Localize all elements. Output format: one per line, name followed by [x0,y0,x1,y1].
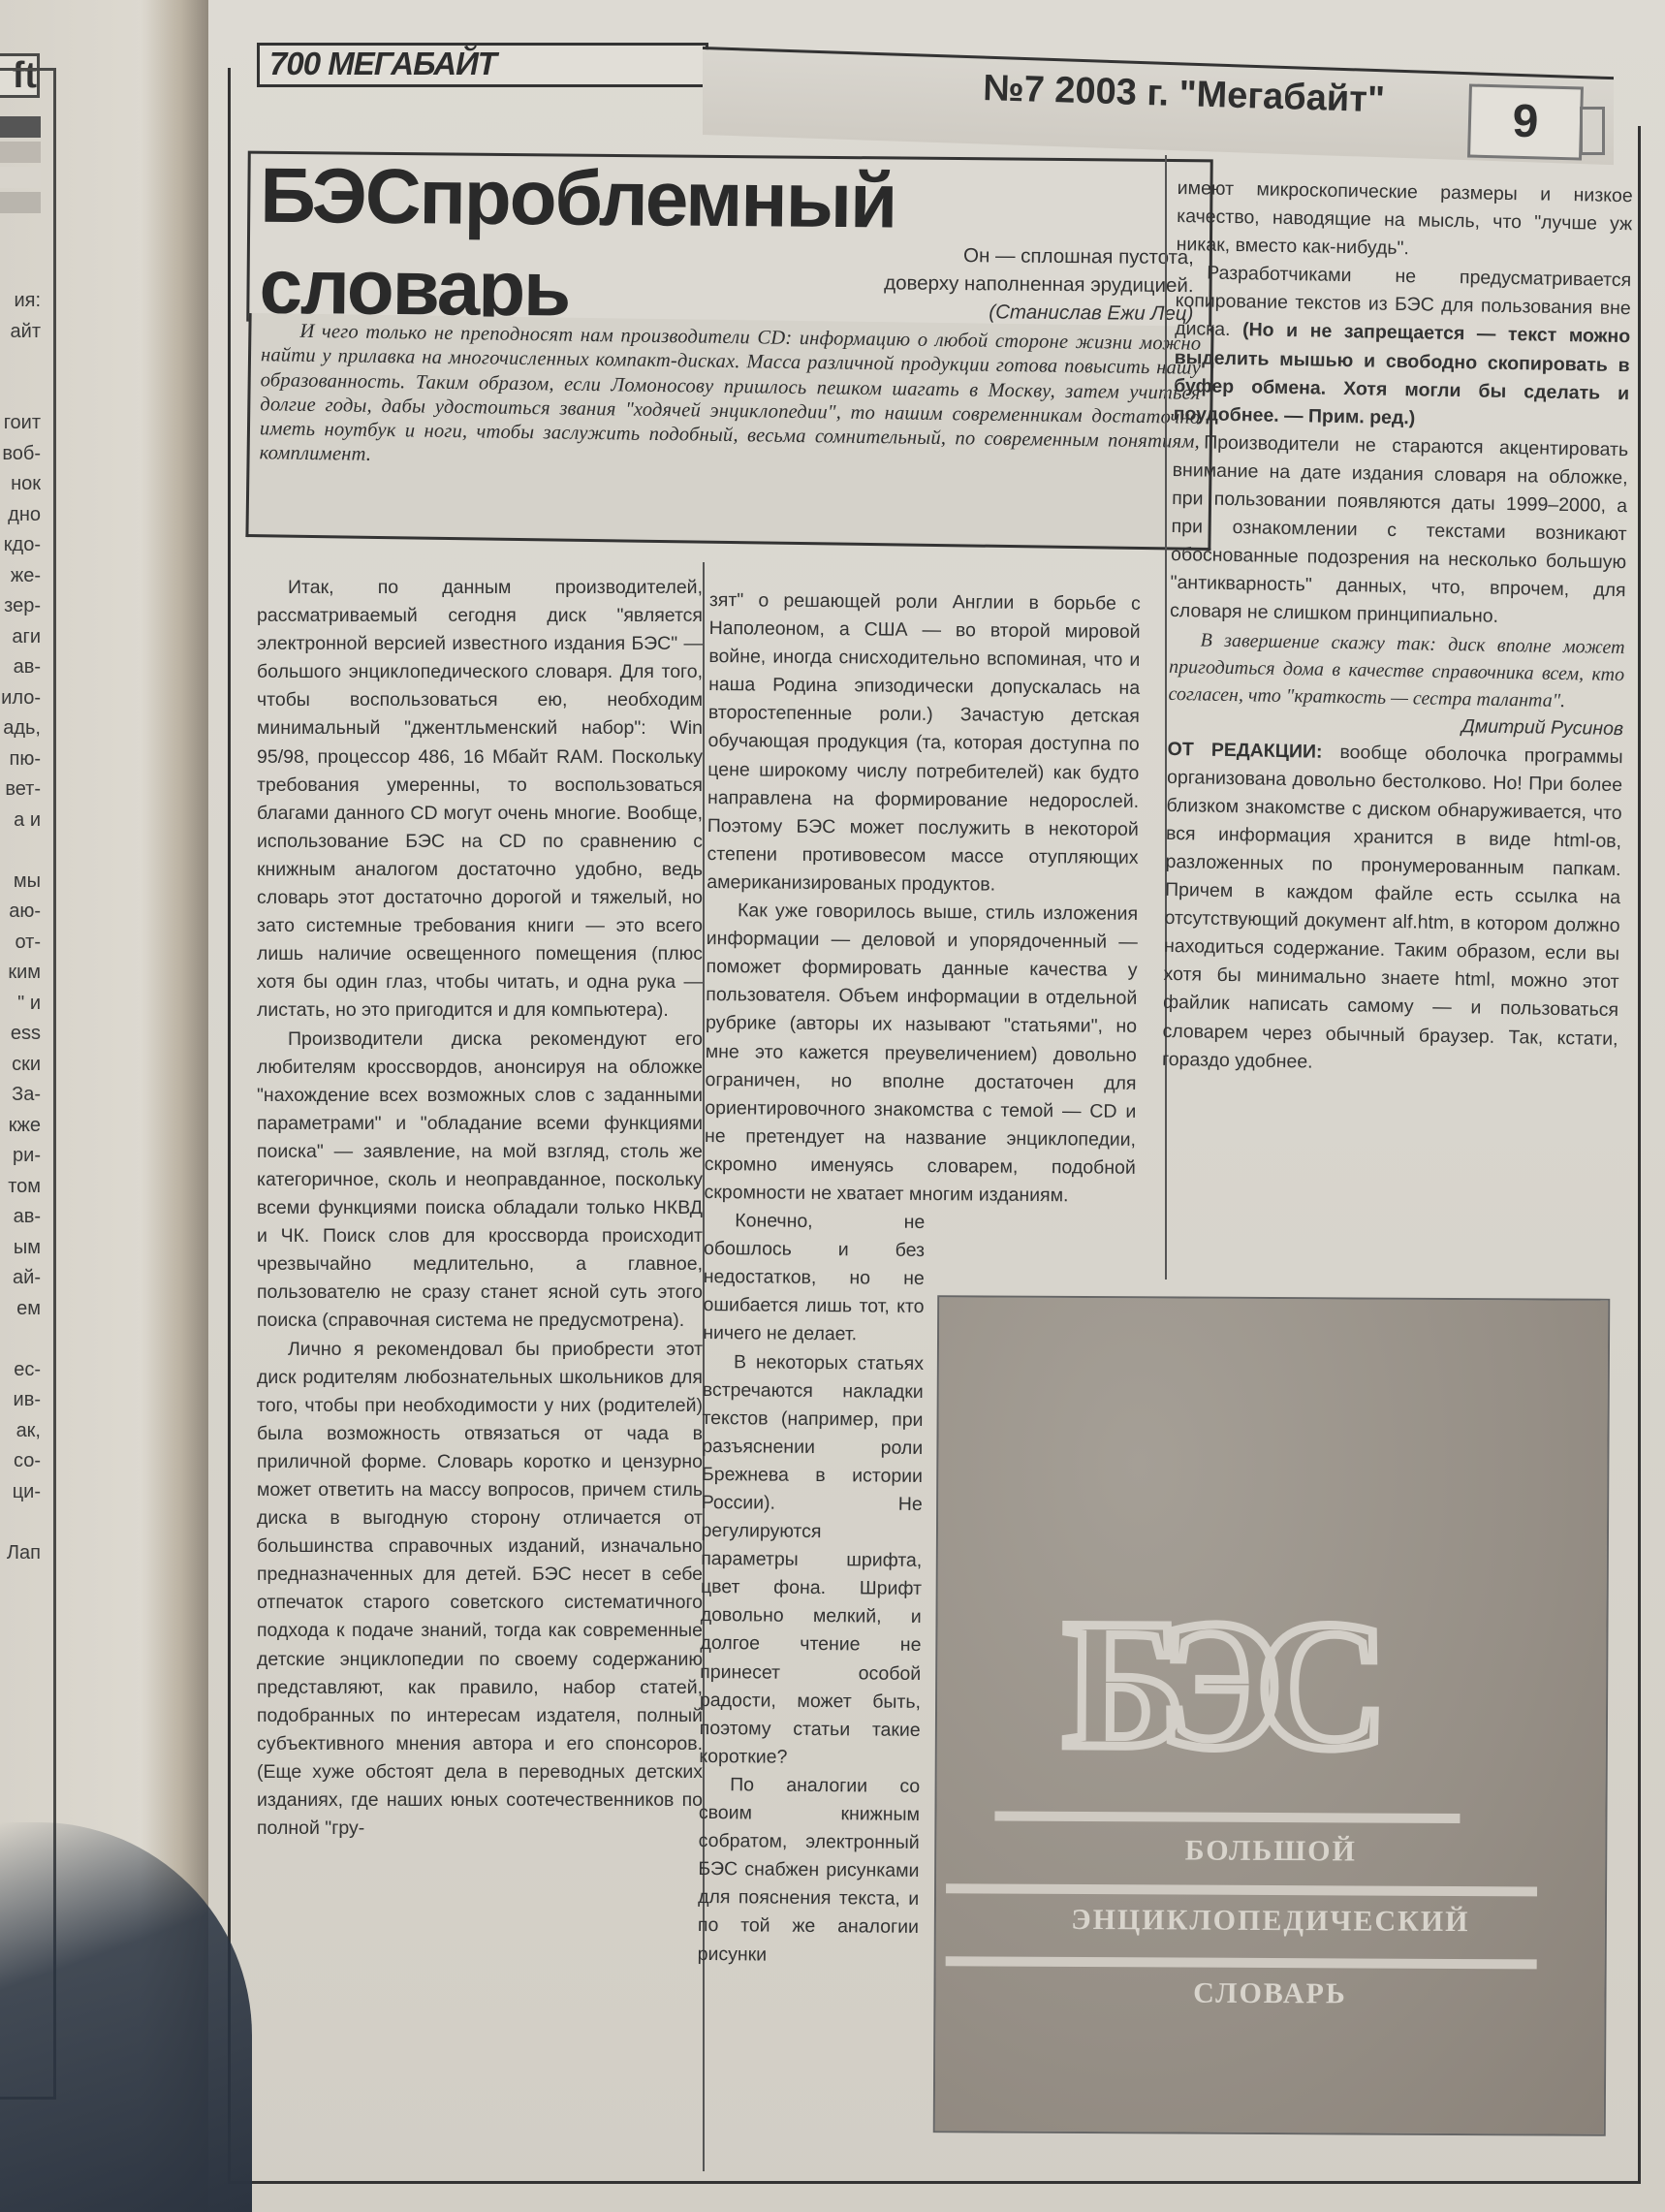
adjacent-text-fragment [0,347,41,378]
book-cover-image: БЭС БОЛЬШОЙ ЭНЦИКЛОПЕДИЧЕСКИЙ СЛОВАРЬ [933,1295,1611,2136]
adjacent-text-fragment: кже [0,1111,41,1142]
column-rule [1165,155,1167,1280]
adjacent-text-fragment [0,1324,41,1355]
adjacent-text-fragment: ски [0,1050,41,1081]
paragraph: Лично я рекомендовал бы приобрести этот … [257,1336,703,1844]
adjacent-text-fragment: аю- [0,897,41,928]
adjacent-text-fragment: Лап [0,1538,41,1569]
article-title: БЭСпроблемный словарь [259,150,895,338]
adjacent-page-text: ия:айт гоитвоб-нокднокдо-же-зер-агиав-ил… [0,286,41,1568]
editorial-note: ОТ РЕДАКЦИИ: вообще оболочка программы о… [1162,736,1623,1082]
adjacent-text-fragment: мы [0,867,41,898]
adjacent-text-fragment: ило- [0,683,41,714]
paragraph: Производители диска рекомендуют его люби… [257,1026,703,1336]
editorial-text: вообще оболочка программы организована д… [1162,742,1623,1073]
cover-line-3: СЛОВАРЬ [935,1975,1604,2012]
adjacent-text-fragment: нок [0,469,41,500]
adjacent-text-fragment: том [0,1172,41,1203]
adjacent-text-fragment: ав- [0,652,41,683]
editorial-label: ОТ РЕДАКЦИИ: [1167,739,1322,763]
newspaper-page: 700 МЕГАБАЙТ №7 2003 г. "Мегабайт" 9 БЭС… [208,0,1665,2212]
adjacent-text-fragment: вет- [0,774,41,806]
adjacent-text-fragment: ай- [0,1263,41,1294]
cover-rule [946,1883,1537,1896]
paragraph: По аналогии со своим книжным собратом, э… [698,1771,921,1971]
conclusion: В завершение скажу так: диск вполне може… [1168,625,1624,714]
adjacent-text-fragment: За- [0,1080,41,1111]
adjacent-text-fragment: же- [0,561,41,592]
paragraph: Как уже говорилось выше, стиль изложения… [704,897,1138,1211]
adjacent-text-fragment: ри- [0,1141,41,1172]
adjacent-text-fragment: адь, [0,713,41,744]
adjacent-page-bars [0,116,41,217]
headline-box: БЭСпроблемный словарь Он — сплошная пуст… [246,151,1212,331]
section-label: 700 МЕГАБАЙТ [269,46,496,82]
adjacent-text-fragment: ем [0,1294,41,1325]
adjacent-text-fragment: со- [0,1446,41,1477]
bes-logo: БЭС [1063,1579,1363,1792]
adjacent-text-fragment: ия: [0,286,41,317]
epigraph: Он — сплошная пустота, доверху наполненн… [884,240,1194,328]
section-header: 700 МЕГАБАЙТ [257,43,708,87]
paragraph: Производители не стараются акцентировать… [1170,428,1628,634]
paragraph: имеют микроскопические размеры и низкое … [1176,174,1632,267]
cover-rule [994,1812,1460,1824]
adjacent-text-fragment: кдо- [0,530,41,561]
column-3: имеют микроскопические размеры и низкое … [1162,174,1633,1082]
paragraph: зят" о решающей роли Англии в борьбе с Н… [707,586,1141,901]
adjacent-text-fragment: ак, [0,1416,41,1447]
cover-line-2: ЭНЦИКЛОПЕДИЧЕСКИЙ [936,1903,1605,1940]
adjacent-text-fragment: ким [0,958,41,989]
column-1: Итак, по данным производителей, рассматр… [257,574,703,1843]
adjacent-text-fragment: а и [0,806,41,837]
epigraph-line: Он — сплошная пустота, [884,240,1194,271]
adjacent-text-fragment: " и [0,989,41,1020]
lead-box: И чего только не преподносят нам произво… [245,313,1213,551]
page-number: 9 [1467,83,1584,160]
adjacent-text-fragment: от- [0,928,41,959]
adjacent-text-fragment [0,378,41,409]
adjacent-text-fragment: дно [0,500,41,531]
adjacent-text-fragment: пю- [0,744,41,775]
adjacent-text-fragment: ess [0,1019,41,1050]
adjacent-text-fragment: айт [0,317,41,348]
cover-rule [946,1956,1537,1969]
paragraph: Конечно, не обошлось и без недостатков, … [703,1207,925,1349]
adjacent-text-fragment: ым [0,1233,41,1264]
adjacent-text-fragment: ци- [0,1477,41,1508]
adjacent-text-fragment: гоит [0,408,41,439]
adjacent-text-fragment: ив- [0,1385,41,1416]
column-2-narrow: Конечно, не обошлось и без недостатков, … [698,1207,926,1970]
paragraph: В некоторых статьях встречаются накладки… [699,1348,924,1773]
adjacent-text-fragment: ав- [0,1202,41,1233]
editor-note: (Но и не запрещается — текст можно выдел… [1174,320,1631,428]
article-lead: И чего только не преподносят нам произво… [259,319,1201,479]
adjacent-text-fragment [0,836,41,867]
paragraph: Итак, по данным производителей, рассматр… [257,574,703,1026]
adjacent-text-fragment: зер- [0,591,41,622]
adjacent-text-fragment: ес- [0,1355,41,1386]
cover-line-1: БОЛЬШОЙ [936,1833,1605,1870]
title-line-1: БЭСпроблемный [260,150,896,247]
adjacent-text-fragment: воб- [0,439,41,470]
epigraph-line: доверху наполненная эрудицией. [884,269,1194,300]
adjacent-text-fragment [0,1507,41,1538]
page-number-tab [1580,107,1605,155]
paragraph: Разработчиками не предусматривается копи… [1173,259,1631,436]
adjacent-text-fragment: аги [0,622,41,653]
